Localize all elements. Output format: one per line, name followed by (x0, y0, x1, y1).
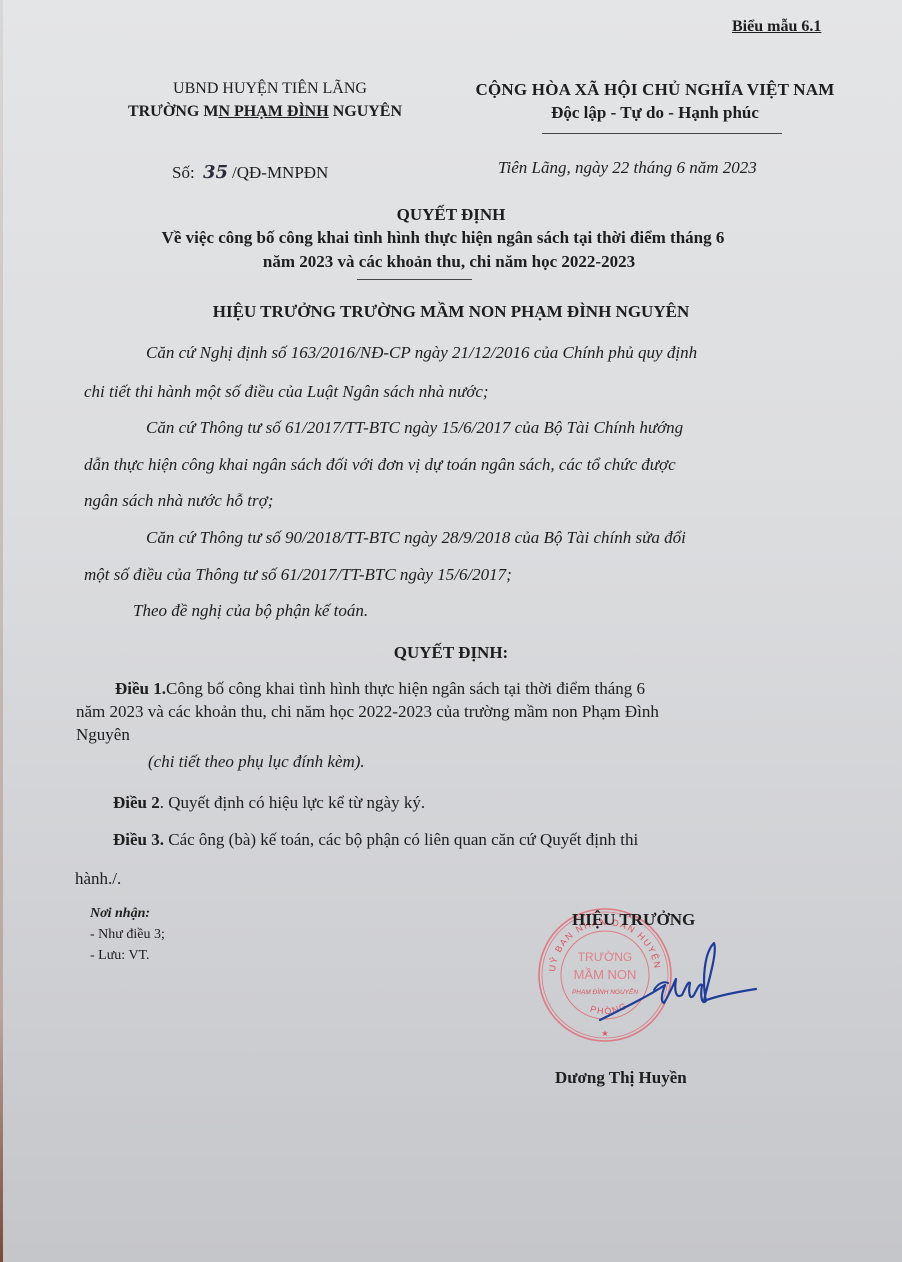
legal-basis-4: Theo đề nghị của bộ phận kế toán. (133, 601, 368, 621)
legal-basis-2-line-2: dẫn thực hiện công khai ngân sách đối vớ… (84, 455, 676, 475)
school-name-prefix: TRƯỜNG M (128, 103, 219, 120)
article-1-line-2: năm 2023 và các khoản thu, chi năm học 2… (76, 702, 659, 722)
subject-divider (357, 279, 472, 280)
school-name: TRƯỜNG MN PHẠM ĐÌNH NGUYÊN (100, 103, 430, 121)
article-2-text: . Quyết định có hiệu lực kể từ ngày ký. (160, 793, 425, 812)
document-number: Số: 35/QĐ-MNPĐN (172, 162, 328, 183)
article-2-label: Điều 2 (113, 793, 160, 812)
legal-basis-1-line-1: Căn cứ Nghị định số 163/2016/NĐ-CP ngày … (146, 343, 697, 363)
article-1-note: (chi tiết theo phụ lục đính kèm). (148, 752, 365, 772)
recipient-item: - Như điều 3; (90, 927, 165, 943)
article-2: Điều 2. Quyết định có hiệu lực kể từ ngà… (113, 793, 425, 813)
legal-basis-3-line-2: một số điều của Thông tư số 61/2017/TT-B… (84, 565, 512, 585)
legal-basis-2-line-3: ngân sách nhà nước hỗ trợ; (84, 491, 273, 511)
legal-basis-3-line-1: Căn cứ Thông tư số 90/2018/TT-BTC ngày 2… (146, 528, 686, 548)
article-1-text: Công bố công khai tình hình thực hiện ng… (166, 679, 645, 698)
issuing-authority: UBND HUYỆN TIÊN LÃNG (150, 80, 390, 98)
article-3-line-1: Điều 3. Các ông (bà) kế toán, các bộ phậ… (113, 830, 638, 850)
school-name-underlined: N PHẠM ĐÌNH (218, 103, 328, 120)
legal-basis-2-line-1: Căn cứ Thông tư số 61/2017/TT-BTC ngày 1… (146, 418, 683, 438)
issuing-authority-heading: HIỆU TRƯỞNG TRƯỜNG MẦM NON PHẠM ĐÌNH NGU… (0, 302, 902, 322)
document-title: QUYẾT ĐỊNH (0, 205, 902, 225)
article-1-line-1: Điều 1.Công bố công khai tình hình thực … (115, 679, 645, 699)
document-number-suffix: /QĐ-MNPĐN (232, 163, 328, 182)
document-subject-line-2: năm 2023 và các khoản thu, chi năm học 2… (0, 252, 900, 272)
decision-heading: QUYẾT ĐỊNH: (0, 643, 902, 663)
form-label: Biểu mẫu 6.1 (732, 18, 821, 36)
place-and-date: Tiên Lãng, ngày 22 tháng 6 năm 2023 (498, 158, 757, 178)
document-number-label: Số: (172, 163, 195, 182)
article-3-label: Điều 3. (113, 830, 164, 849)
document-number-handwritten: 35 (203, 162, 228, 183)
document-subject-line-1: Về việc công bố công khai tình hình thực… (0, 228, 894, 248)
handwritten-signature-icon (590, 935, 760, 1035)
paper-edge (0, 0, 3, 1262)
recipient-item: - Lưu: VT. (90, 948, 150, 964)
national-motto: Độc lập - Tự do - Hạnh phúc (455, 103, 855, 123)
recipients-title: Nơi nhận: (90, 906, 150, 922)
nation-header: CỘNG HÒA XÃ HỘI CHỦ NGHĨA VIỆT NAM (455, 80, 855, 100)
signer-name: Dương Thị Huyền (555, 1068, 687, 1088)
article-1-label: Điều 1. (115, 679, 166, 698)
article-3-line-2: hành./. (75, 869, 121, 889)
motto-divider (542, 133, 782, 134)
article-1-line-3: Nguyên (76, 725, 130, 745)
school-name-suffix: NGUYÊN (329, 103, 402, 120)
article-3-text: Các ông (bà) kế toán, các bộ phận có liê… (164, 830, 638, 849)
legal-basis-1-line-2: chi tiết thi hành một số điều của Luật N… (84, 382, 489, 402)
signer-title: HIỆU TRƯỞNG (572, 910, 695, 930)
